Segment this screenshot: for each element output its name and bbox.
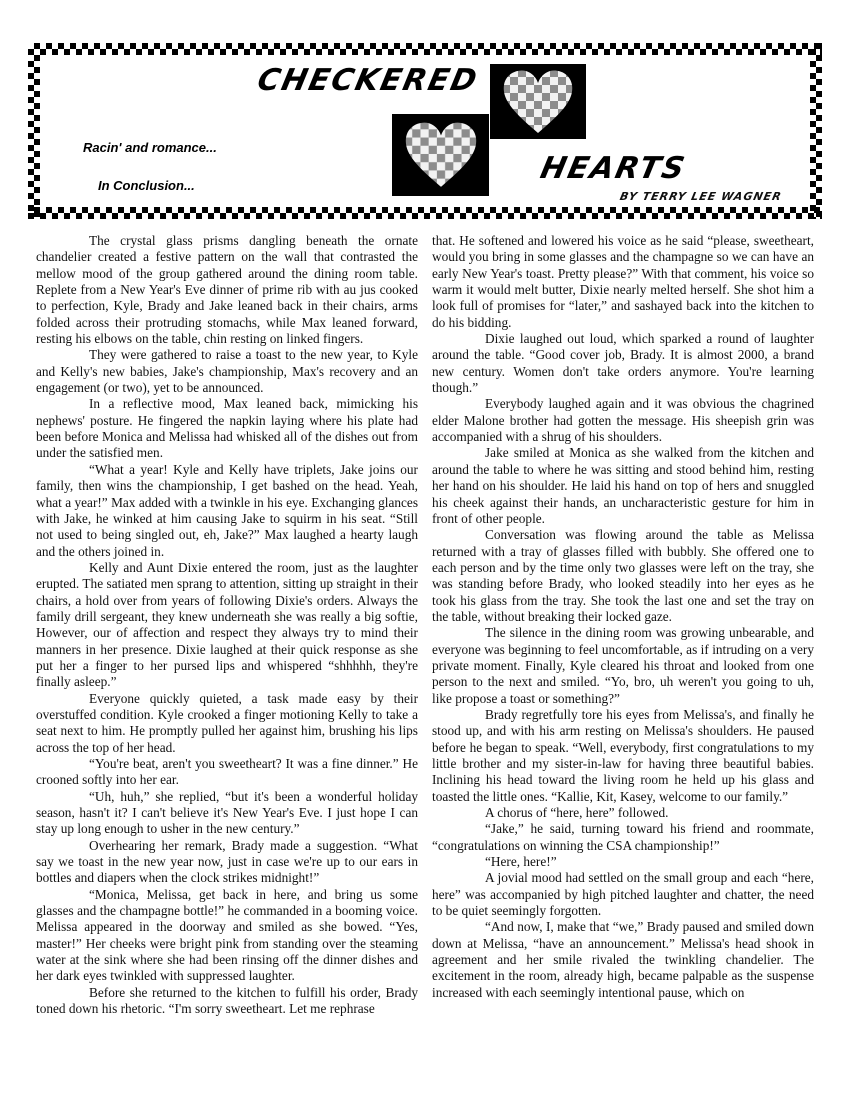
checkered-heart-icon — [490, 64, 586, 139]
checkered-border-bottom — [28, 207, 822, 219]
paragraph: Conversation was flowing around the tabl… — [432, 527, 814, 625]
paragraph: Before she returned to the kitchen to fu… — [36, 985, 418, 1018]
checkered-border-right — [810, 43, 822, 219]
paragraph: Overhearing her remark, Brady made a sug… — [36, 838, 418, 887]
title-checkered: CHECKERED — [254, 63, 481, 98]
heart-icon — [502, 69, 574, 135]
paragraph: They were gathered to raise a toast to t… — [36, 347, 418, 396]
paragraph: “Uh, huh,” she replied, “but it's been a… — [36, 789, 418, 838]
heart-icon — [404, 121, 478, 189]
paragraph-continued: that. He softened and lowered his voice … — [432, 233, 814, 331]
checkered-heart-icon — [392, 114, 489, 196]
paragraph: Everyone quickly quieted, a task made ea… — [36, 691, 418, 756]
left-column: The crystal glass prisms dangling beneat… — [36, 233, 418, 1018]
paragraph: The crystal glass prisms dangling beneat… — [36, 233, 418, 347]
article-banner: CHECKERED — [28, 43, 822, 219]
paragraph: Jake smiled at Monica as she walked from… — [432, 445, 814, 527]
tagline: Racin' and romance... — [83, 140, 217, 155]
subtitle: In Conclusion... — [98, 178, 195, 193]
right-column: that. He softened and lowered his voice … — [432, 233, 814, 1018]
paragraph: “Jake,” he said, turning toward his frie… — [432, 821, 814, 854]
paragraph: Kelly and Aunt Dixie entered the room, j… — [36, 560, 418, 691]
paragraph: A chorus of “here, here” followed. — [432, 805, 814, 821]
paragraph: Dixie laughed out loud, which sparked a … — [432, 331, 814, 396]
byline: BY TERRY LEE WAGNER — [619, 190, 783, 203]
paragraph: “And now, I, make that “we,” Brady pause… — [432, 919, 814, 1001]
paragraph: “Here, here!” — [432, 854, 814, 870]
paragraph: The silence in the dining room was growi… — [432, 625, 814, 707]
paragraph: In a reflective mood, Max leaned back, m… — [36, 396, 418, 461]
checkered-border-top — [28, 43, 822, 55]
paragraph: “You're beat, aren't you sweetheart? It … — [36, 756, 418, 789]
checkered-border-left — [28, 43, 40, 219]
paragraph: “Monica, Melissa, get back in here, and … — [36, 887, 418, 985]
paragraph: Brady regretfully tore his eyes from Mel… — [432, 707, 814, 805]
paragraph: “What a year! Kyle and Kelly have triple… — [36, 462, 418, 560]
title-hearts: HEARTS — [537, 151, 689, 186]
article-body: The crystal glass prisms dangling beneat… — [36, 233, 814, 1018]
paragraph: Everybody laughed again and it was obvio… — [432, 396, 814, 445]
paragraph: A jovial mood had settled on the small g… — [432, 870, 814, 919]
